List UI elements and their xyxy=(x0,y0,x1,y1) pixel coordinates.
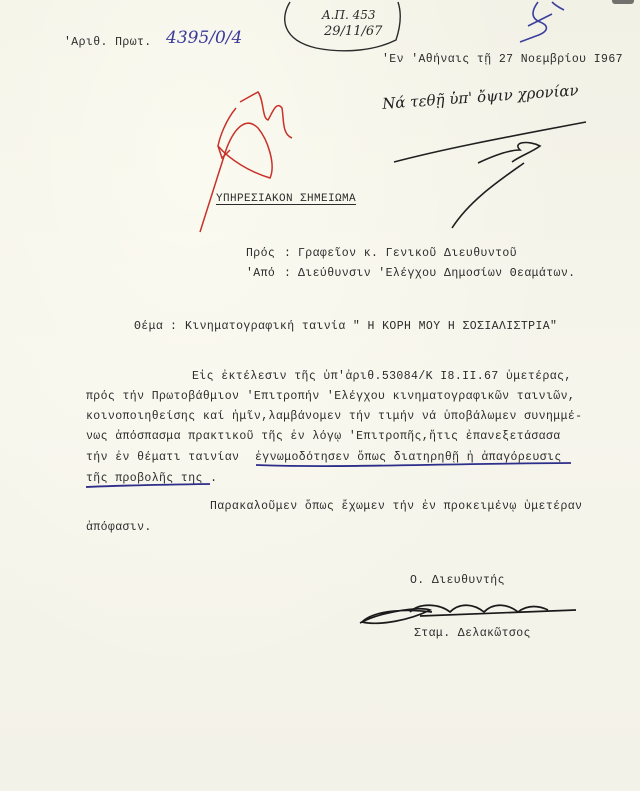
handwritten-note: Νά τεθῇ ὑπ' ὄψιν χρονίαν xyxy=(382,81,580,113)
body-line: πρός τήν Πρωτοβάθμιον 'Επιτροπήν 'Ελέγχο… xyxy=(86,390,575,403)
place-date: 'Εν 'Αθήναις τῇ 27 Νοεμβρίου Ι967 xyxy=(382,53,623,66)
underlined-decision: ἐγνωμοδότησεν ὅπως διατηρηθῇ ἡ ἀπαγόρευσ… xyxy=(255,451,562,464)
subject-separator: : xyxy=(170,320,177,333)
body-line: Εἰς ἐκτέλεσιν τῆς ὑπ'ἀριθ.53084/Κ Ι8.ΙΙ.… xyxy=(192,370,572,383)
protocol-number: 4395/0/4 xyxy=(166,28,242,48)
memo-title: ΥΠΗΡΕΣΙΑΚΟΝ ΣΗΜΕΙΩΜΑ xyxy=(216,193,356,205)
stamp-line1: Α.Π. 453 xyxy=(322,8,375,22)
body-line: τήν ἐν θέματι ταινίαν xyxy=(86,451,247,464)
signatory-name: Σταμ. Δελακῶτσος xyxy=(414,627,531,640)
blue-initials-icon xyxy=(520,2,564,42)
body-line: νως ἀπόσπασμα πρακτικοῦ τῆς ἐν λόγῳ 'Επι… xyxy=(86,430,561,443)
subject-label: Θέμα xyxy=(134,320,163,333)
from-label: 'Από xyxy=(246,267,275,280)
document-page: Α.Π. 453 29/11/67 'Αριθ. Πρωτ. 4395/0/4 … xyxy=(0,0,640,791)
signatory-title: Ο. Διευθυντής xyxy=(410,574,505,587)
to-label: Πρός xyxy=(246,247,275,260)
stamp-line2: 29/11/67 xyxy=(324,24,382,39)
body-line: τῆς προβολῆς της . xyxy=(86,472,217,485)
body-line: Παρακαλοῦμεν ὅπως ἔχωμεν τήν ἐν προκειμέ… xyxy=(210,500,582,513)
to-separator: : xyxy=(284,247,291,260)
body-line: ἀπόφασιν. xyxy=(86,521,152,534)
black-initial-mark-icon xyxy=(394,122,586,228)
red-signature-icon xyxy=(200,92,292,232)
subject-value: Κινηματογραφική ταινία " Η ΚΟΡΗ ΜΟΥ Η ΣΟ… xyxy=(185,320,557,333)
director-signature-icon xyxy=(360,605,576,623)
from-separator: : xyxy=(284,267,291,280)
to-value: Γραφεῖον κ. Γενικοῦ Διευθυντοῦ xyxy=(298,247,517,260)
corner-mark xyxy=(612,0,634,4)
from-value: Διεύθυνσιν 'Ελέγχου Δημοσίων Θεαμάτων. xyxy=(298,267,575,280)
registry-stamp: Α.Π. 453 29/11/67 xyxy=(284,0,389,54)
protocol-label: 'Αριθ. Πρωτ. xyxy=(64,36,152,49)
body-line: κοινοποιηθείσης καί ἡμῖν,λαμβάνομεν τήν … xyxy=(86,410,582,423)
